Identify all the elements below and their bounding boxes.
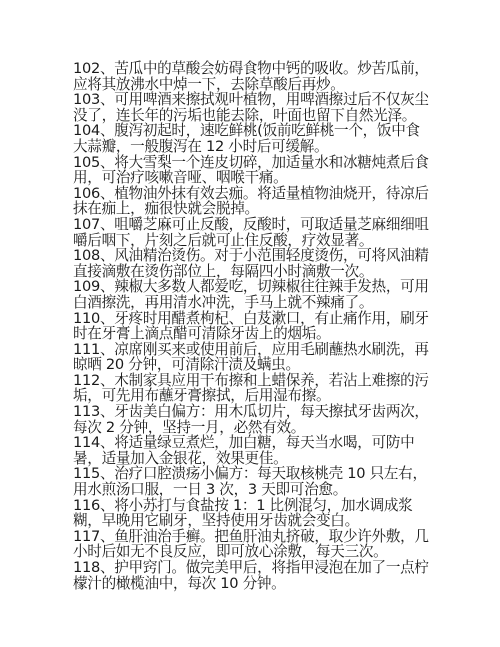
- tip-item-111: 111、凉席刚买来或使用前后，应用毛刷蘸热水刷洗，再晾晒 20 分钟，可清除汗渍…: [73, 342, 429, 373]
- tip-item-115: 115、治疗口腔溃疡小偏方：每天取核桃壳 10 只左右，用水煎汤口服，一日 3 …: [73, 466, 429, 497]
- tip-item-109: 109、辣椒大多数人都爱吃，切辣椒往往辣手发热，可用白酒擦洗，再用清水冲洗，手马…: [73, 279, 429, 310]
- tip-item-105: 105、将大雪梨一个连皮切碎，加适量水和冰糖炖煮后食用，可治疗咳嗽音哑、咽喉干痛…: [73, 155, 429, 186]
- tip-item-103: 103、可用啤酒来擦拭观叶植物，用啤酒擦过后不仅灰尘没了，连长年的污垢也能去除，…: [73, 92, 429, 123]
- tip-item-106: 106、植物油外抹有效去痂。将适量植物油烧开，待凉后抹在痂上，痂很快就会脱掉。: [73, 186, 429, 217]
- tip-item-116: 116、将小苏打与食盐按 1：1 比例混匀，加水调成浆糊，早晚用它刷牙，坚持使用…: [73, 498, 429, 529]
- document-body: 102、苦瓜中的草酸会妨碍食物中钙的吸收。炒苦瓜前，应将其放沸水中焯一下，去除草…: [73, 61, 429, 591]
- tip-item-102: 102、苦瓜中的草酸会妨碍食物中钙的吸收。炒苦瓜前，应将其放沸水中焯一下，去除草…: [73, 61, 429, 92]
- tip-item-118: 118、护甲窍门。做完美甲后，将指甲浸泡在加了一点柠檬汁的橄榄油中，每次 10 …: [73, 560, 429, 591]
- tip-item-108: 108、风油精治烫伤。对于小范围轻度烫伤，可将风油精直接滴敷在烫伤部位上，每隔四…: [73, 248, 429, 279]
- tip-item-112: 112、木制家具应用干布擦和上蜡保养，若沾上难擦的污垢，可先用布蘸牙膏擦拭，后用…: [73, 373, 429, 404]
- tip-item-104: 104、腹泻初起时，速吃鲜桃(饭前吃鲜桃一个，饭中食大蒜瓣，一般腹泻在 12 小…: [73, 123, 429, 154]
- tip-item-107: 107、咀嚼芝麻可止反酸，反酸时，可取适量芝麻细细咀嚼后咽下，片刻之后就可止住反…: [73, 217, 429, 248]
- tip-item-114: 114、将适量绿豆煮烂，加白糖，每天当水喝，可防中暑，适量加入金银花，效果更佳。: [73, 435, 429, 466]
- tip-item-117: 117、鱼肝油治手癣。把鱼肝油丸挤破，取少许外敷，几小时后如无不良反应，即可放心…: [73, 529, 429, 560]
- tip-item-113: 113、牙齿美白偏方：用木瓜切片，每天擦拭牙齿两次，每次 2 分钟，坚持一月，必…: [73, 404, 429, 435]
- tip-item-110: 110、牙疼时用醋煮枸杞、白芨漱口，有止痛作用，刷牙时在牙膏上滴点醋可清除牙齿上…: [73, 311, 429, 342]
